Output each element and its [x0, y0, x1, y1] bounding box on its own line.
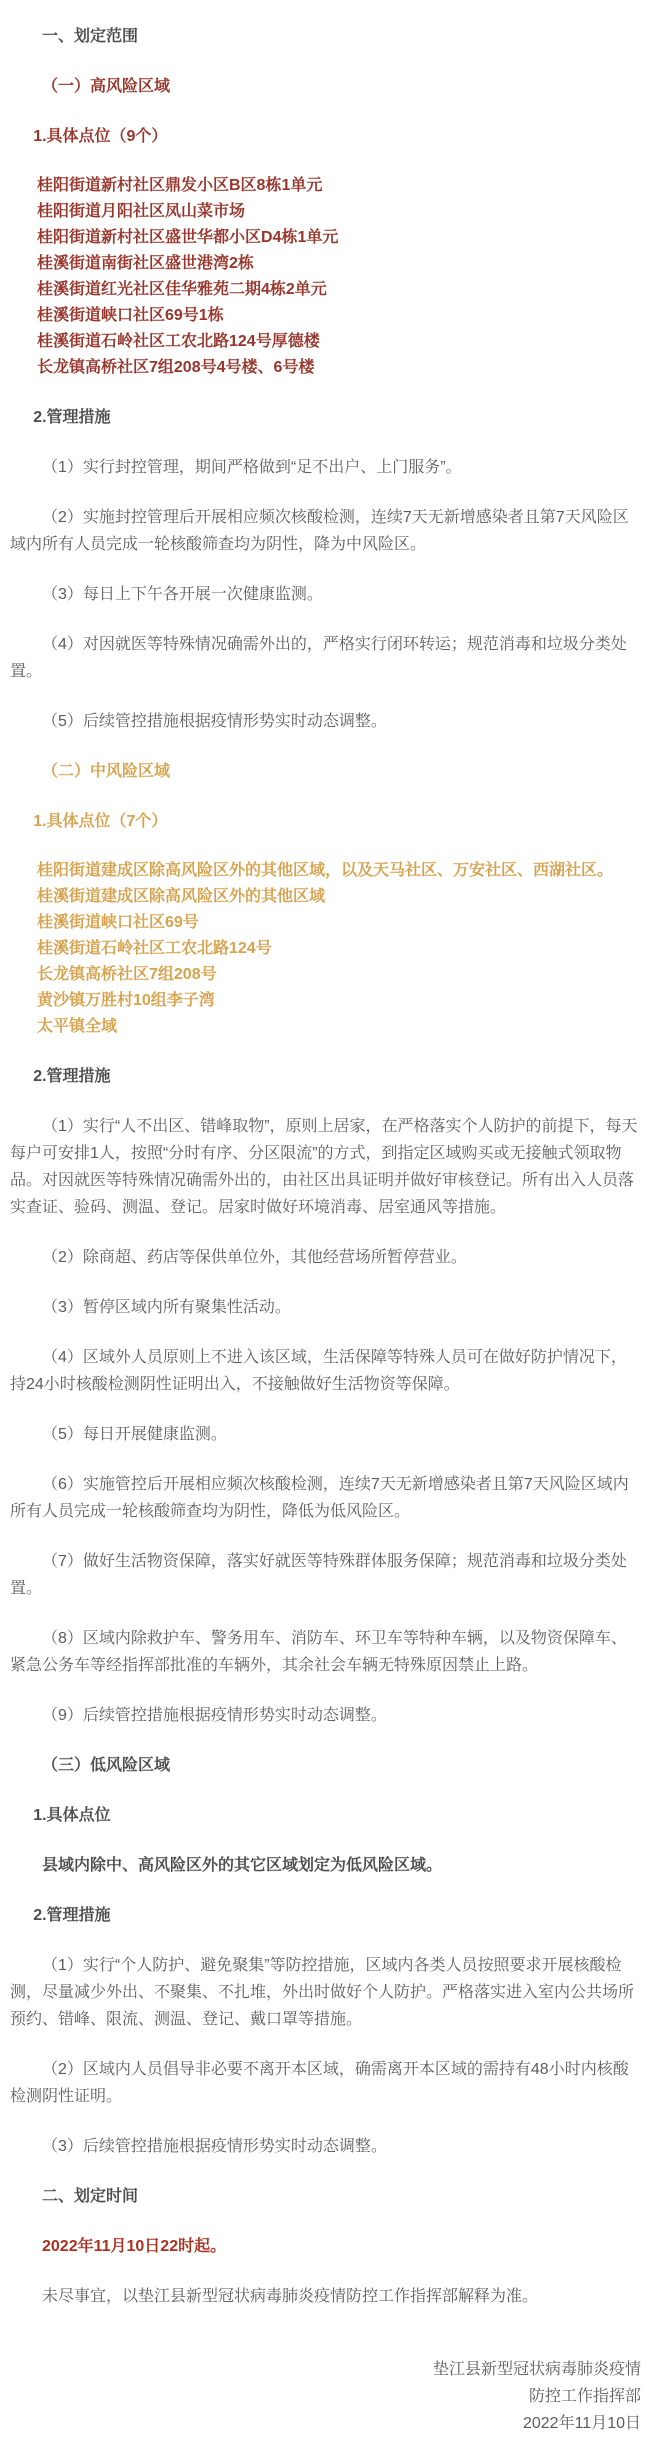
- mid-risk-measure: （5）每日开展健康监测。: [10, 1421, 641, 1448]
- mid-risk-points-title: 1.具体点位（7个）: [10, 808, 641, 835]
- signature-line: 垫江县新型冠状病毒肺炎疫情: [10, 2356, 641, 2383]
- mid-risk-section-title: （二）中风险区域: [10, 758, 641, 785]
- high-risk-measures-title: 2.管理措施: [10, 404, 641, 431]
- mid-risk-measure: （3）暂停区域内所有聚集性活动。: [10, 1294, 641, 1321]
- high-risk-measure: （2）实施封控管理后开展相应频次核酸检测，连续7天无新增感染者且第7天风险区域内…: [10, 504, 641, 558]
- signature-line: 防控工作指挥部: [10, 2383, 641, 2410]
- mid-risk-measure: （7）做好生活物资保障，落实好就医等特殊群体服务保障；规范消毒和垃圾分类处置。: [10, 1548, 641, 1602]
- signature-block: 垫江县新型冠状病毒肺炎疫情 防控工作指挥部 2022年11月10日: [10, 2356, 641, 2437]
- mid-risk-point: 桂溪街道石岭社区工农北路124号: [37, 936, 641, 962]
- mid-risk-measure: （8）区域内除救护车、警务用车、消防车、环卫车等特种车辆，以及物资保障车、紧急公…: [10, 1625, 641, 1679]
- mid-risk-point: 桂溪街道峡口社区69号: [37, 910, 641, 936]
- mid-risk-measure: （1）实行“人不出区、错峰取物”，原则上居家，在严格落实个人防护的前提下，每天每…: [10, 1113, 641, 1221]
- high-risk-point: 桂溪街道红光社区佳华雅苑二期4栋2单元: [37, 277, 641, 303]
- mid-risk-points-list: 桂阳街道建成区除高风险区外的其他区域，以及天马社区、万安社区、西湖社区。 桂溪街…: [10, 858, 641, 1040]
- epidemic-zone-announcement: 一、划定范围 （一）高风险区域 1.具体点位（9个） 桂阳街道新村社区鼎发小区B…: [0, 0, 653, 2461]
- high-risk-point: 桂溪街道石岭社区工农北路124号厚德楼: [37, 329, 641, 355]
- high-risk-measure: （5）后续管控措施根据疫情形势实时动态调整。: [10, 708, 641, 735]
- mid-risk-point: 太平镇全域: [37, 1014, 641, 1040]
- low-risk-measure: （3）后续管控措施根据疫情形势实时动态调整。: [10, 2133, 641, 2160]
- mid-risk-point: 桂阳街道建成区除高风险区外的其他区域，以及天马社区、万安社区、西湖社区。: [37, 858, 641, 884]
- closing-note: 未尽事宜，以垫江县新型冠状病毒肺炎疫情防控工作指挥部解释为准。: [10, 2283, 641, 2310]
- low-risk-points-title: 1.具体点位: [10, 1802, 641, 1829]
- low-risk-measure: （1）实行“个人防护、避免聚集”等防控措施，区域内各类人员按照要求开展核酸检测，…: [10, 1952, 641, 2033]
- high-risk-point: 桂溪街道南街社区盛世港湾2栋: [37, 251, 641, 277]
- low-risk-measures-title: 2.管理措施: [10, 1902, 641, 1929]
- high-risk-measure: （3）每日上下午各开展一次健康监测。: [10, 581, 641, 608]
- mid-risk-point: 黄沙镇万胜村10组李子湾: [37, 988, 641, 1014]
- low-risk-points-text: 县域内除中、高风险区外的其它区域划定为低风险区域。: [10, 1852, 641, 1879]
- effective-time: 2022年11月10日22时起。: [10, 2233, 641, 2260]
- mid-risk-point: 桂溪街道建成区除高风险区外的其他区域: [37, 884, 641, 910]
- high-risk-measure: （1）实行封控管理，期间严格做到“足不出户、上门服务”。: [10, 454, 641, 481]
- mid-risk-measures-title: 2.管理措施: [10, 1063, 641, 1090]
- high-risk-point: 桂阳街道新村社区盛世华都小区D4栋1单元: [37, 225, 641, 251]
- high-risk-section-title: （一）高风险区域: [10, 73, 641, 100]
- high-risk-points-title: 1.具体点位（9个）: [10, 123, 641, 150]
- high-risk-point: 桂阳街道月阳社区凤山菜市场: [37, 199, 641, 225]
- mid-risk-measure: （9）后续管控措施根据疫情形势实时动态调整。: [10, 1702, 641, 1729]
- low-risk-section-title: （三）低风险区域: [10, 1752, 641, 1779]
- high-risk-point: 桂溪街道峡口社区69号1栋: [37, 303, 641, 329]
- high-risk-point: 长龙镇高桥社区7组208号4号楼、6号楼: [37, 355, 641, 381]
- section-title-scope: 一、划定范围: [10, 23, 641, 50]
- mid-risk-measure: （6）实施管控后开展相应频次核酸检测，连续7天无新增感染者且第7天风险区域内所有…: [10, 1471, 641, 1525]
- mid-risk-point: 长龙镇高桥社区7组208号: [37, 962, 641, 988]
- high-risk-measure: （4）对因就医等特殊情况确需外出的，严格实行闭环转运；规范消毒和垃圾分类处置。: [10, 631, 641, 685]
- mid-risk-measure: （4）区域外人员原则上不进入该区域，生活保障等特殊人员可在做好防护情况下，持24…: [10, 1344, 641, 1398]
- section-title-time: 二、划定时间: [10, 2183, 641, 2210]
- high-risk-points-list: 桂阳街道新村社区鼎发小区B区8栋1单元 桂阳街道月阳社区凤山菜市场 桂阳街道新村…: [10, 173, 641, 381]
- signature-date: 2022年11月10日: [10, 2410, 641, 2437]
- mid-risk-measure: （2）除商超、药店等保供单位外，其他经营场所暂停营业。: [10, 1244, 641, 1271]
- high-risk-point: 桂阳街道新村社区鼎发小区B区8栋1单元: [37, 173, 641, 199]
- low-risk-measure: （2）区域内人员倡导非必要不离开本区域，确需离开本区域的需持有48小时内核酸检测…: [10, 2056, 641, 2110]
